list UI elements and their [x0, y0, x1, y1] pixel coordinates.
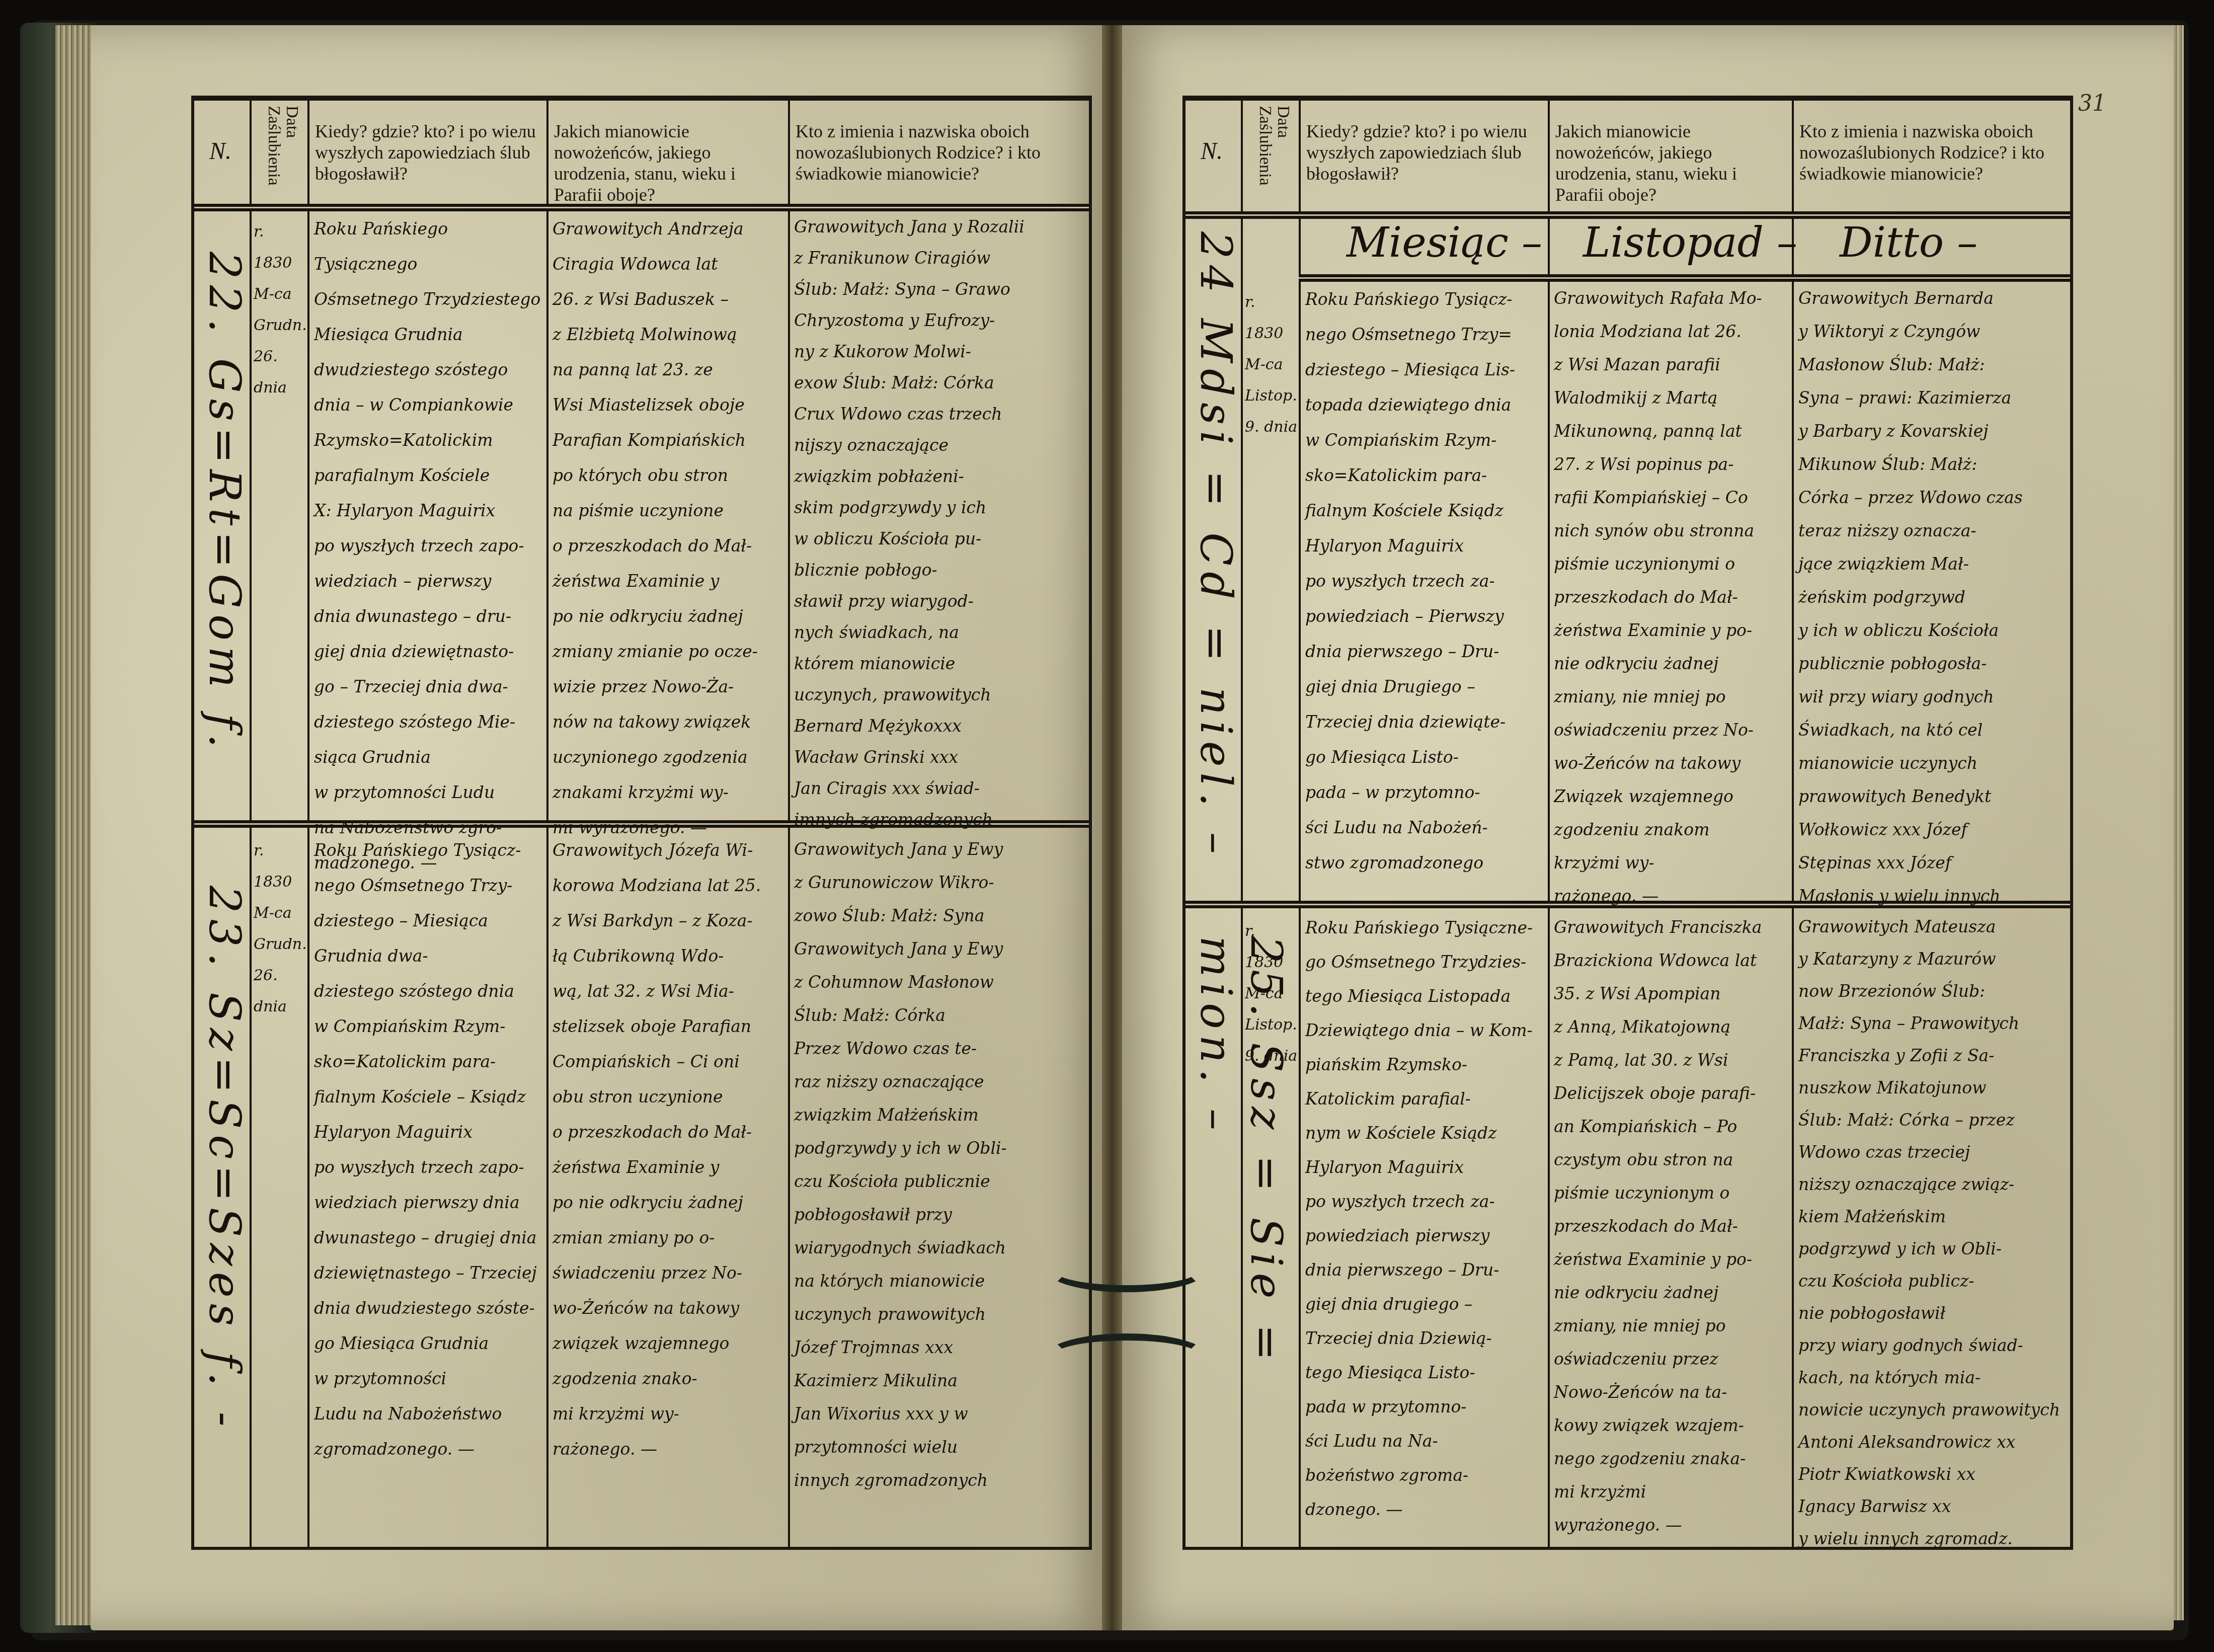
entry-date: r. 1830 M-ca Listop. 9. dnia: [1245, 916, 1298, 1072]
entry-ceremony: Roku Pańskiego Tysiącz- nego Ośmsetnego …: [314, 833, 545, 1467]
header-who: Jakich mianowicie nowożeńców, jakiego ur…: [554, 121, 783, 205]
entry-spouses: Grawowitych Józefa Wi- korowa Modziana l…: [552, 833, 786, 1467]
header-when: Kiedy? gdzie? kto? i po wieлu wyszłych z…: [1306, 121, 1543, 184]
entry-number: 24 Mdsi = Cd = niel. –: [1191, 231, 1241, 860]
header-number: N.: [209, 141, 231, 162]
binding-string-lower: [1047, 1333, 1207, 1378]
column-divider: [1792, 101, 1794, 1547]
header-divider: [1185, 211, 2070, 216]
entry-parents-witnesses: Grawowitych Mateusza y Katarzyny z Mazur…: [1798, 911, 2073, 1555]
header-date: Data Zaślubienia: [1256, 106, 1292, 206]
column-divider: [1548, 101, 1550, 1547]
header-who: Jakich mianowicie nowożeńców, jakiego ur…: [1555, 121, 1787, 205]
entry-ceremony: Roku Pańskiego Tysiącznego Ośmsetnego Tr…: [314, 211, 545, 881]
binding-string-upper: [1047, 1248, 1207, 1292]
header-date: Data Zaślubienia: [265, 106, 301, 201]
entry-date: r. 1830 M-ca Grudn. 26. dnia: [254, 835, 306, 1022]
header-when: Kiedy? gdzie? kto? i po wieлu wyszłych z…: [315, 121, 541, 184]
column-divider: [1299, 101, 1301, 1547]
month-heading-ditto: Ditto –: [1840, 219, 1978, 267]
month-heading-name: Listopad –: [1583, 219, 1797, 267]
register-table-left: N. Data Zaślubienia Kiedy? gdzie? kto? i…: [191, 96, 1092, 1550]
entry-spouses: Grawowitych Andrzeja Ciragia Wdowca lat …: [552, 211, 786, 845]
register-table-right: N. Data Zaślubienia Kiedy? gdzie? kto? i…: [1182, 96, 2073, 1550]
entry-ceremony: Roku Pańskiego Tysiącz- nego Ośmsetnego …: [1305, 282, 1547, 881]
book-gutter: [1102, 25, 1122, 1630]
entry-parents-witnesses: Grawowitych Bernarda y Wiktoryi z Czyngó…: [1798, 282, 2073, 913]
header-parents: Kto z imienia i nazwiska oboich nowozaśl…: [796, 121, 1077, 184]
page-number: 31: [2078, 91, 2106, 116]
entry-spouses: Grawowitych Rafała Mo- lonia Modziana la…: [1554, 282, 1790, 913]
entry-date: r. 1830 M-ca Grudn. 26. dnia: [254, 216, 306, 404]
entry-parents-witnesses: Grawowitych Jana y Rozalii z Franikunow …: [794, 211, 1086, 835]
month-heading-label: Miesiąc –: [1347, 219, 1542, 267]
header-parents: Kto z imienia i nazwiska oboich nowozaśl…: [1799, 121, 2066, 184]
entry-spouses: Grawowitych Franciszka Brazickiona Wdowc…: [1554, 911, 1790, 1542]
entry-ceremony: Roku Pańskiego Tysiączne- go Ośmsetnego …: [1305, 911, 1547, 1527]
month-divider: [1299, 274, 2070, 279]
entry-parents-witnesses: Grawowitych Jana y Ewy z Gurunowiczow Wi…: [794, 833, 1086, 1497]
header-number: N.: [1201, 141, 1223, 162]
entry-number: 22. Gs=Rt=Gom f.: [199, 252, 250, 805]
entry-number: 23. Sz=Sc=Szes f. -: [199, 886, 250, 1439]
entry-date: r. 1830 M-ca Listop. 9. dnia: [1245, 287, 1298, 443]
